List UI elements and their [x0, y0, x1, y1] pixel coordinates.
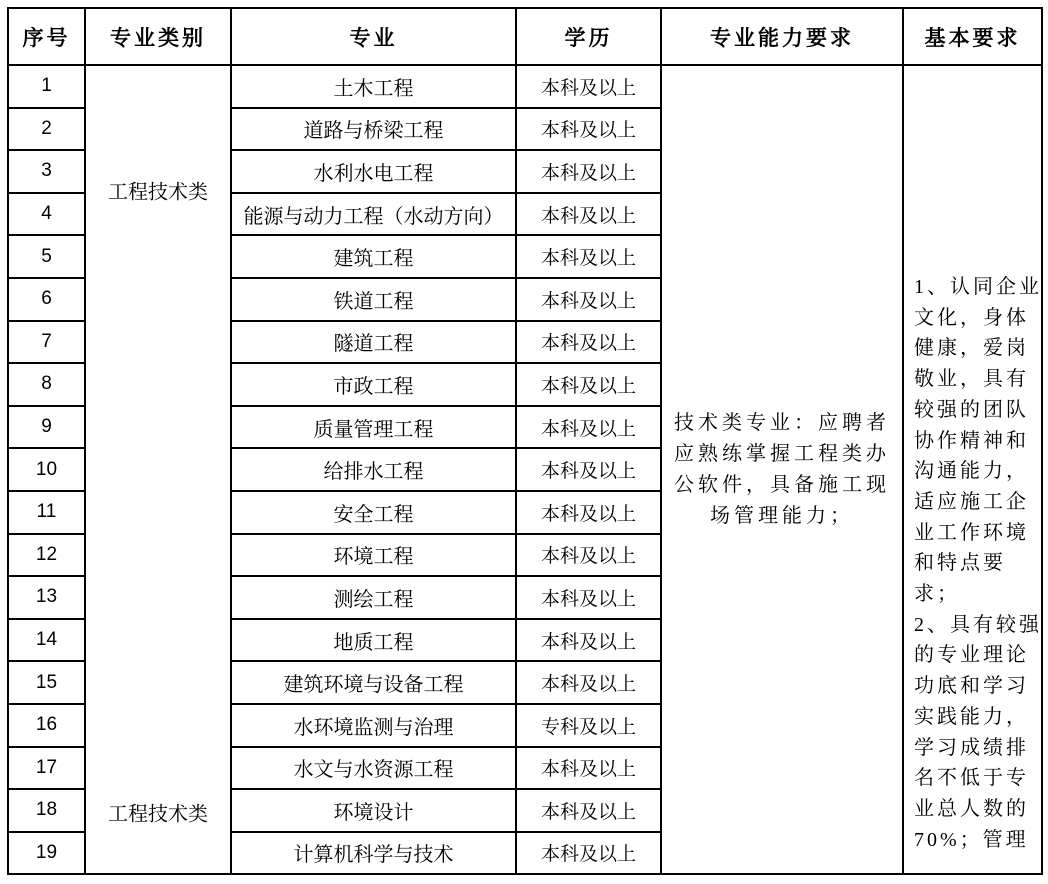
cell-serial: 12 — [8, 534, 85, 577]
cell-major: 建筑工程 — [231, 235, 516, 278]
col-header-major: 专业 — [231, 8, 516, 65]
cell-degree: 本科及以上 — [516, 661, 661, 704]
cell-major: 质量管理工程 — [231, 406, 516, 449]
cell-serial: 17 — [8, 747, 85, 790]
cell-major: 铁道工程 — [231, 278, 516, 321]
cell-major: 安全工程 — [231, 491, 516, 534]
cell-degree: 本科及以上 — [516, 619, 661, 662]
cell-degree: 本科及以上 — [516, 406, 661, 449]
cell-degree: 本科及以上 — [516, 193, 661, 236]
ability-requirements-cell: 技术类专业：应聘者应熟练掌握工程类办公软件，具备施工现场管理能力； — [661, 65, 903, 874]
cell-degree: 本科及以上 — [516, 789, 661, 832]
cell-major: 土木工程 — [231, 65, 516, 108]
cell-degree: 本科及以上 — [516, 491, 661, 534]
basic-requirements-cell: 1、认同企业文化，身体健康，爱岗敬业，具有较强的团队协作精神和沟通能力，适应施工… — [903, 65, 1042, 874]
cell-major: 环境工程 — [231, 534, 516, 577]
cell-major: 能源与动力工程（水动方向） — [231, 193, 516, 236]
table-row: 1 工程技术类 工程技术类 土木工程 本科及以上 技术类专业：应聘者应熟练掌握工… — [8, 65, 1042, 108]
cell-serial: 7 — [8, 321, 85, 364]
cell-serial: 11 — [8, 491, 85, 534]
cell-degree: 本科及以上 — [516, 747, 661, 790]
cell-serial: 1 — [8, 65, 85, 108]
header-row: 序号 专业类别 专业 学历 专业能力要求 基本要求 — [8, 8, 1042, 65]
cell-serial: 3 — [8, 150, 85, 193]
col-header-basic: 基本要求 — [903, 8, 1042, 65]
cell-serial: 9 — [8, 406, 85, 449]
cell-degree: 本科及以上 — [516, 576, 661, 619]
cell-major: 计算机科学与技术 — [231, 832, 516, 875]
cell-serial: 4 — [8, 193, 85, 236]
cell-serial: 13 — [8, 576, 85, 619]
cell-degree: 本科及以上 — [516, 448, 661, 491]
basic-requirements-text: 1、认同企业文化，身体健康，爱岗敬业，具有较强的团队协作精神和沟通能力，适应施工… — [904, 66, 1041, 855]
cell-serial: 5 — [8, 235, 85, 278]
cell-major: 道路与桥梁工程 — [231, 108, 516, 151]
cell-degree: 本科及以上 — [516, 65, 661, 108]
cell-degree: 本科及以上 — [516, 150, 661, 193]
cell-serial: 18 — [8, 789, 85, 832]
cell-serial: 10 — [8, 448, 85, 491]
cell-degree: 本科及以上 — [516, 235, 661, 278]
cell-serial: 19 — [8, 832, 85, 875]
cell-major: 水文与水资源工程 — [231, 747, 516, 790]
cell-degree: 本科及以上 — [516, 534, 661, 577]
cell-major: 给排水工程 — [231, 448, 516, 491]
cell-serial: 8 — [8, 363, 85, 406]
cell-serial: 14 — [8, 619, 85, 662]
col-header-ability: 专业能力要求 — [661, 8, 903, 65]
cell-degree: 本科及以上 — [516, 832, 661, 875]
cell-major: 测绘工程 — [231, 576, 516, 619]
cell-major: 市政工程 — [231, 363, 516, 406]
col-header-degree: 学历 — [516, 8, 661, 65]
recruitment-requirements-table: 序号 专业类别 专业 学历 专业能力要求 基本要求 1 工程技术类 工程技术类 … — [7, 7, 1043, 875]
col-header-serial: 序号 — [8, 8, 85, 65]
category-cell: 工程技术类 工程技术类 — [85, 65, 231, 874]
col-header-category: 专业类别 — [85, 8, 231, 65]
cell-degree: 本科及以上 — [516, 363, 661, 406]
cell-major: 水环境监测与治理 — [231, 704, 516, 747]
cell-major: 环境设计 — [231, 789, 516, 832]
cell-major: 地质工程 — [231, 619, 516, 662]
category-label-bottom: 工程技术类 — [86, 798, 230, 827]
cell-serial: 2 — [8, 108, 85, 151]
ability-requirements-text: 技术类专业：应聘者应熟练掌握工程类办公软件，具备施工现场管理能力； — [662, 408, 902, 532]
cell-degree: 专科及以上 — [516, 704, 661, 747]
cell-serial: 6 — [8, 278, 85, 321]
cell-major: 隧道工程 — [231, 321, 516, 364]
cell-major: 建筑环境与设备工程 — [231, 661, 516, 704]
cell-major: 水利水电工程 — [231, 150, 516, 193]
cell-degree: 本科及以上 — [516, 321, 661, 364]
cell-serial: 16 — [8, 704, 85, 747]
cell-degree: 本科及以上 — [516, 108, 661, 151]
cell-degree: 本科及以上 — [516, 278, 661, 321]
cell-serial: 15 — [8, 661, 85, 704]
category-label-top: 工程技术类 — [86, 176, 230, 205]
